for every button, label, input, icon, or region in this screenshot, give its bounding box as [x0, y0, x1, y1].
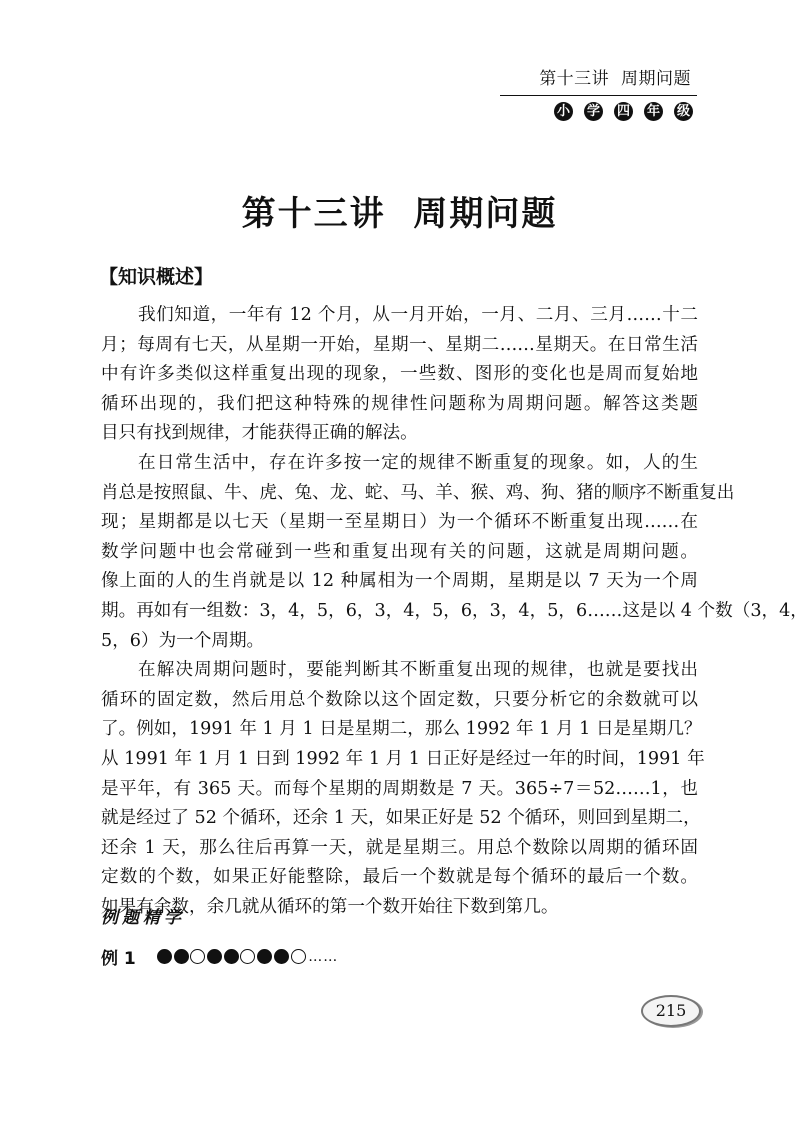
empty-circle-icon	[240, 949, 255, 964]
examples-heading: 例题精学	[101, 903, 185, 928]
filled-circle-icon	[274, 949, 289, 964]
running-head-rule	[500, 95, 697, 96]
paragraph-line: 还余 1 天，那么往后再算一天，就是星期三。用总个数除以周期的循环固	[101, 834, 698, 864]
grade-badges: 小 学 四 年 级	[500, 102, 697, 121]
paragraph-line: 在日常生活中，存在许多按一定的规律不断重复的现象。如，人的生	[101, 449, 698, 479]
grade-badge: 小	[554, 102, 573, 121]
filled-circle-icon	[257, 949, 272, 964]
paragraph-line: 目只有找到规律，才能获得正确的解法。	[101, 419, 698, 449]
page-number: 215	[641, 995, 701, 1027]
paragraph-line: 从 1991 年 1 月 1 日到 1992 年 1 月 1 日正好是经过一年的…	[101, 745, 698, 775]
paragraph-line: 5，6）为一个周期。	[101, 627, 698, 657]
paragraph-line: 循环的固定数，然后用总个数除以这个固定数，只要分析它的余数就可以	[101, 686, 698, 716]
example-1: 例 1 ……	[101, 944, 338, 969]
paragraph-line: 期。再如有一组数：3，4，5，6，3，4，5，6，3，4，5，6……这是以 4 …	[101, 597, 698, 627]
paragraph-line: 就是经过了 52 个循环，还余 1 天，如果正好是 52 个循环，则回到星期二，	[101, 804, 698, 834]
empty-circle-icon	[190, 949, 205, 964]
paragraph-line: 了。例如，1991 年 1 月 1 日是星期二，那么 1992 年 1 月 1 …	[101, 715, 698, 745]
paragraph-line: 循环出现的，我们把这种特殊的规律性问题称为周期问题。解答这类题	[101, 390, 698, 420]
running-head-title: 第十三讲 周期问题	[500, 66, 697, 92]
paragraph-line: 我们知道，一年有 12 个月，从一月开始，一月、二月、三月……十二	[101, 301, 698, 331]
paragraph-line: 现；星期都是以七天（星期一至星期日）为一个循环不断重复出现……在	[101, 508, 698, 538]
empty-circle-icon	[291, 949, 306, 964]
grade-badge: 级	[674, 102, 693, 121]
filled-circle-icon	[174, 949, 189, 964]
grade-badge: 四	[614, 102, 633, 121]
paragraph-line: 月；每周有七天，从星期一开始，星期一、星期二……星期天。在日常生活	[101, 331, 698, 361]
filled-circle-icon	[207, 949, 222, 964]
grade-badge: 学	[584, 102, 603, 121]
paragraph-line: 如果有余数，余几就从循环的第一个数开始往下数到第几。	[101, 893, 698, 923]
paragraph-line: 是平年，有 365 天。而每个星期的周期数是 7 天。365÷7＝52……1，也	[101, 775, 698, 805]
body-text: 我们知道，一年有 12 个月，从一月开始，一月、二月、三月……十二 月；每周有七…	[101, 287, 698, 922]
grade-badge: 年	[644, 102, 663, 121]
paragraph-line: 数学问题中也会常碰到一些和重复出现有关的问题，这就是周期问题。	[101, 538, 698, 568]
ellipsis: ……	[308, 949, 338, 965]
example-label: 例 1	[101, 944, 157, 969]
filled-circle-icon	[157, 949, 172, 964]
paragraph-line: 肖总是按照鼠、牛、虎、兔、龙、蛇、马、羊、猴、鸡、狗、猪的顺序不断重复出	[101, 479, 698, 509]
filled-circle-icon	[224, 949, 239, 964]
section-heading: 【知识概述】	[99, 262, 213, 289]
paragraph-line: 中有许多类似这样重复出现的现象，一些数、图形的变化也是周而复始地	[101, 360, 698, 390]
chapter-title: 第十三讲 周期问题	[0, 186, 799, 235]
paragraph-line: 定数的个数，如果正好能整除，最后一个数就是每个循环的最后一个数。	[101, 863, 698, 893]
paragraph-line: 在解决周期问题时，要能判断其不断重复出现的规律，也就是要找出	[101, 656, 698, 686]
paragraph-line: 像上面的人的生肖就是以 12 种属相为一个周期，星期是以 7 天为一个周	[101, 567, 698, 597]
circle-pattern	[157, 949, 307, 964]
running-head: 第十三讲 周期问题 小 学 四 年 级	[500, 66, 697, 121]
